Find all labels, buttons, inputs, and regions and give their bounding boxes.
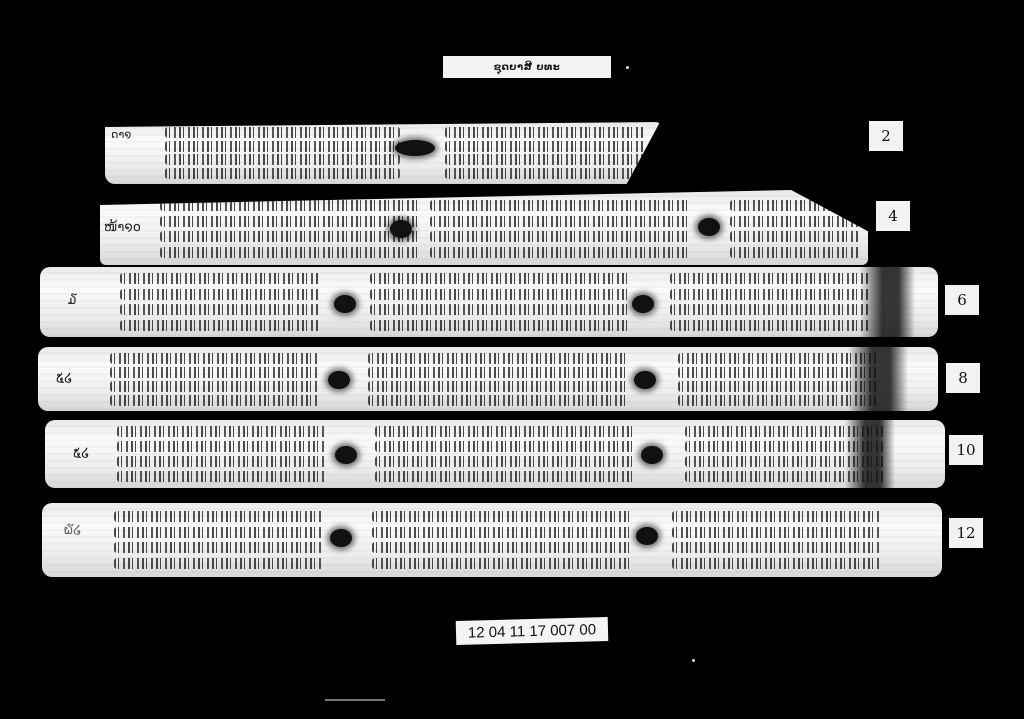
page-tag-text: 2 (881, 127, 891, 145)
page-tag-text: 4 (888, 207, 898, 225)
text-line (375, 441, 635, 452)
binding-hole (698, 218, 720, 236)
leaf-margin-number: ໕໒ (73, 446, 89, 461)
palm-leaf-5: ໕໒ (45, 420, 945, 488)
palm-leaf-1: ດາ໑ (105, 122, 660, 184)
leaf-text-left (117, 424, 327, 484)
title-label-text: ຊຸດບາສີ ບທະ (494, 62, 560, 73)
text-line (372, 542, 632, 553)
binding-hole (632, 295, 654, 313)
leaf-text-middle (430, 198, 690, 260)
leaf-text-left (160, 198, 420, 260)
text-line (430, 200, 690, 211)
catalog-number-label: 12 04 11 17 007 00 (456, 617, 609, 645)
title-label: ຊຸດບາສີ ບທະ (443, 56, 611, 78)
text-line (110, 353, 320, 364)
palm-leaf-4: ໕໒ (38, 347, 938, 411)
text-line (430, 216, 690, 227)
text-line (672, 527, 882, 538)
text-line (370, 289, 630, 300)
leaf-margin-number: ໕໒ (56, 371, 72, 386)
dust-speck (626, 66, 629, 69)
text-line (120, 289, 320, 300)
text-line (372, 511, 632, 522)
text-line (160, 247, 420, 258)
binding-hole (395, 140, 435, 156)
text-line (670, 273, 870, 284)
text-line (375, 426, 635, 437)
text-line (368, 367, 628, 378)
text-line (165, 127, 400, 138)
text-line (114, 542, 324, 553)
binding-hole (641, 446, 663, 464)
text-line (370, 304, 630, 315)
text-line (730, 247, 860, 258)
page-tag-text: 10 (956, 441, 975, 459)
text-line (160, 200, 420, 211)
text-line (730, 231, 860, 242)
text-line (165, 168, 400, 179)
binding-hole (335, 446, 357, 464)
text-line (120, 273, 320, 284)
text-line (375, 456, 635, 467)
text-line (114, 511, 324, 522)
leaf-text-left (165, 126, 400, 180)
leaf-margin-number: ໜ້າ໑໐ (104, 220, 141, 235)
leaf-text-left (114, 509, 324, 571)
leaf-margin-number: ໖໒ (64, 523, 81, 538)
leaf-text-left (110, 351, 320, 407)
text-line (110, 381, 320, 392)
page-tag-12: 12 (949, 518, 983, 548)
binding-hole (328, 371, 350, 389)
page-tag-10: 10 (949, 435, 983, 465)
text-line (730, 200, 860, 211)
text-line (160, 216, 420, 227)
palm-leaf-3: ໓ (40, 267, 938, 337)
page-tag-6: 6 (945, 285, 979, 315)
text-line (430, 247, 690, 258)
binding-hole (634, 371, 656, 389)
leaf-text-middle (372, 509, 632, 571)
palm-leaf-2: ໜ້າ໑໐ (100, 190, 868, 265)
leaf-stain (860, 267, 915, 337)
text-line (114, 558, 324, 569)
page-tag-2: 2 (869, 121, 903, 151)
text-line (120, 304, 320, 315)
text-line (670, 320, 870, 331)
leaf-text-right (672, 509, 882, 571)
text-line (445, 141, 645, 152)
leaf-text-left (120, 271, 320, 333)
text-line (160, 231, 420, 242)
leaf-text-right (730, 198, 860, 260)
text-line (117, 456, 327, 467)
page-tag-text: 6 (957, 291, 967, 309)
binding-hole (636, 527, 658, 545)
page-tag-text: 12 (956, 524, 975, 542)
text-line (165, 154, 400, 165)
text-line (370, 273, 630, 284)
text-line (672, 511, 882, 522)
text-line (165, 141, 400, 152)
leaf-text-middle (375, 424, 635, 484)
text-line (430, 231, 690, 242)
page-tag-4: 4 (876, 201, 910, 231)
text-line (368, 381, 628, 392)
text-line (117, 426, 327, 437)
text-line (368, 395, 628, 406)
leaf-text-right (445, 126, 645, 180)
leaf-stain (848, 347, 908, 411)
leaf-text-middle (370, 271, 630, 333)
text-line (110, 367, 320, 378)
text-line (117, 441, 327, 452)
leaf-text-right (670, 271, 870, 333)
text-line (445, 154, 645, 165)
catalog-number-text: 12 04 11 17 007 00 (468, 621, 597, 641)
text-line (368, 353, 628, 364)
text-line (117, 471, 327, 482)
dust-strip (325, 699, 385, 701)
text-line (670, 289, 870, 300)
text-line (375, 471, 635, 482)
page-tag-text: 8 (958, 369, 968, 387)
text-line (672, 542, 882, 553)
text-line (372, 527, 632, 538)
text-line (445, 168, 645, 179)
text-line (372, 558, 632, 569)
text-line (730, 216, 860, 227)
binding-hole (390, 220, 412, 238)
leaf-margin-number: ດາ໑ (111, 128, 131, 141)
page-tag-8: 8 (946, 363, 980, 393)
text-line (110, 395, 320, 406)
leaf-text-middle (368, 351, 628, 407)
text-line (114, 527, 324, 538)
palm-leaf-6: ໖໒ (42, 503, 942, 577)
binding-hole (334, 295, 356, 313)
dust-speck (692, 659, 695, 662)
text-line (670, 304, 870, 315)
binding-hole (330, 529, 352, 547)
text-line (120, 320, 320, 331)
leaf-margin-number: ໓ (68, 293, 77, 308)
text-line (445, 127, 645, 138)
leaf-stain (845, 420, 895, 488)
text-line (672, 558, 882, 569)
text-line (370, 320, 630, 331)
